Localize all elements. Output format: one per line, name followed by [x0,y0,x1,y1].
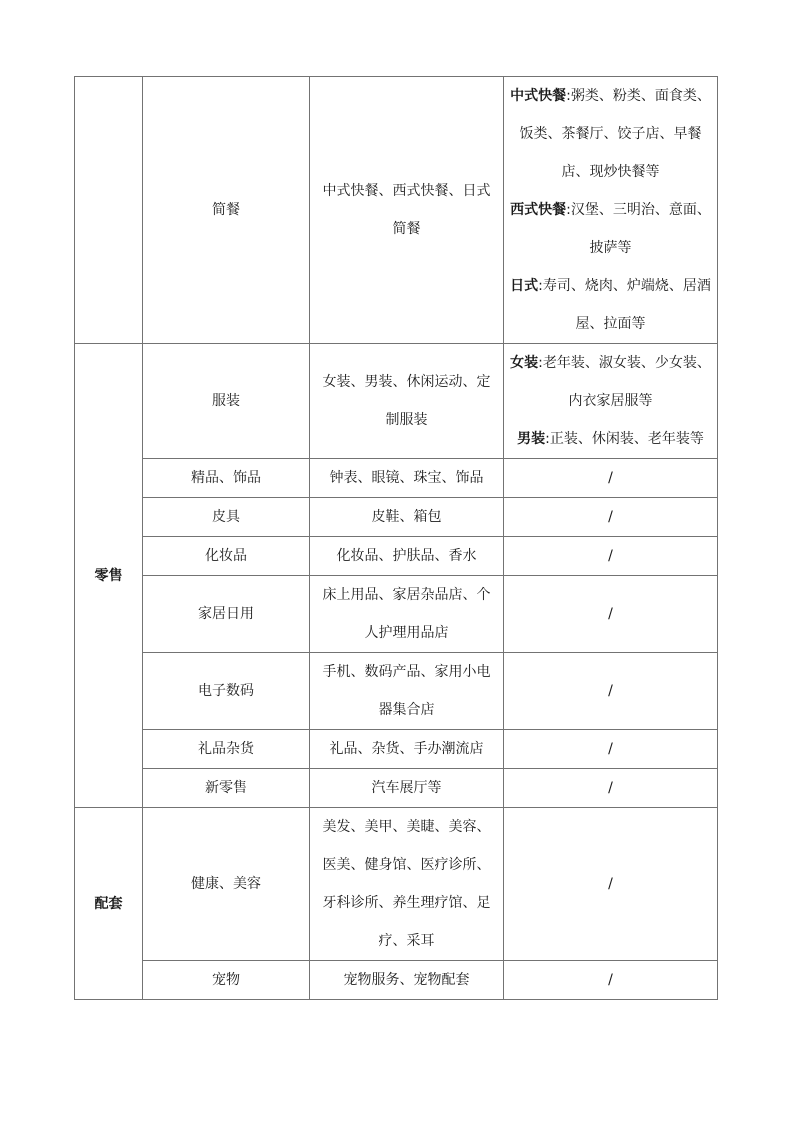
detail-cell: / [504,808,718,961]
subcategory-cell: 简餐 [143,77,310,344]
subcategory-cell: 皮具 [143,498,310,537]
table-row: 宠物 宠物服务、宠物配套 / [75,961,718,1000]
table-row: 精品、饰品 钟表、眼镜、珠宝、饰品 / [75,459,718,498]
detail-term: 女装 [510,355,538,371]
detail-text: :寿司、烧肉、炉端烧、居酒屋、拉面等 [538,278,711,332]
document-page: 简餐 中式快餐、西式快餐、日式简餐 中式快餐:粥类、粉类、面食类、饭类、茶餐厅、… [0,0,794,1122]
detail-segment: 女装:老年装、淑女装、少女装、内衣家居服等 [506,344,715,420]
items-cell: 女装、男装、休闲运动、定制服装 [310,344,504,459]
detail-cell: / [504,537,718,576]
items-cell: 宠物服务、宠物配套 [310,961,504,1000]
category-cell: 配套 [75,808,143,1000]
category-cell: 零售 [75,344,143,808]
detail-term: 西式快餐 [510,202,566,218]
detail-cell: / [504,459,718,498]
detail-segment: 中式快餐:粥类、粉类、面食类、饭类、茶餐厅、饺子店、早餐店、现炒快餐等 [506,77,715,191]
items-cell: 汽车展厅等 [310,769,504,808]
table-row: 家居日用 床上用品、家居杂品店、个人护理用品店 / [75,576,718,653]
items-cell: 化妆品、护肤品、香水 [310,537,504,576]
items-cell: 钟表、眼镜、珠宝、饰品 [310,459,504,498]
table-row: 皮具 皮鞋、箱包 / [75,498,718,537]
detail-text: :正装、休闲装、老年装等 [545,431,704,447]
table-row: 礼品杂货 礼品、杂货、手办潮流店 / [75,730,718,769]
subcategory-cell: 礼品杂货 [143,730,310,769]
detail-cell: / [504,498,718,537]
table-row: 新零售 汽车展厅等 / [75,769,718,808]
detail-cell: / [504,730,718,769]
table-row: 化妆品 化妆品、护肤品、香水 / [75,537,718,576]
detail-cell: / [504,961,718,1000]
items-cell: 床上用品、家居杂品店、个人护理用品店 [310,576,504,653]
category-table: 简餐 中式快餐、西式快餐、日式简餐 中式快餐:粥类、粉类、面食类、饭类、茶餐厅、… [74,76,718,1000]
subcategory-cell: 精品、饰品 [143,459,310,498]
detail-term: 日式 [510,278,538,294]
subcategory-cell: 化妆品 [143,537,310,576]
detail-cell: / [504,653,718,730]
table-row: 零售 服装 女装、男装、休闲运动、定制服装 女装:老年装、淑女装、少女装、内衣家… [75,344,718,459]
detail-segment: 西式快餐:汉堡、三明治、意面、披萨等 [506,191,715,267]
table-row: 电子数码 手机、数码产品、家用小电器集合店 / [75,653,718,730]
detail-segment: 男装:正装、休闲装、老年装等 [506,420,715,458]
detail-cell: 中式快餐:粥类、粉类、面食类、饭类、茶餐厅、饺子店、早餐店、现炒快餐等 西式快餐… [504,77,718,344]
detail-term: 中式快餐 [510,88,566,104]
subcategory-cell: 家居日用 [143,576,310,653]
items-cell: 美发、美甲、美睫、美容、医美、健身馆、医疗诊所、牙科诊所、养生理疗馆、足疗、采耳 [310,808,504,961]
category-cell [75,77,143,344]
subcategory-cell: 服装 [143,344,310,459]
detail-cell: 女装:老年装、淑女装、少女装、内衣家居服等 男装:正装、休闲装、老年装等 [504,344,718,459]
items-cell: 手机、数码产品、家用小电器集合店 [310,653,504,730]
detail-cell: / [504,769,718,808]
items-cell: 中式快餐、西式快餐、日式简餐 [310,77,504,344]
detail-segment: 日式:寿司、烧肉、炉端烧、居酒屋、拉面等 [506,267,715,343]
table-row: 简餐 中式快餐、西式快餐、日式简餐 中式快餐:粥类、粉类、面食类、饭类、茶餐厅、… [75,77,718,344]
detail-text: :老年装、淑女装、少女装、内衣家居服等 [538,355,711,409]
subcategory-cell: 宠物 [143,961,310,1000]
subcategory-cell: 新零售 [143,769,310,808]
subcategory-cell: 健康、美容 [143,808,310,961]
detail-cell: / [504,576,718,653]
items-cell: 礼品、杂货、手办潮流店 [310,730,504,769]
subcategory-cell: 电子数码 [143,653,310,730]
detail-term: 男装 [517,431,545,447]
table-row: 配套 健康、美容 美发、美甲、美睫、美容、医美、健身馆、医疗诊所、牙科诊所、养生… [75,808,718,961]
items-cell: 皮鞋、箱包 [310,498,504,537]
detail-text: :汉堡、三明治、意面、披萨等 [566,202,711,256]
